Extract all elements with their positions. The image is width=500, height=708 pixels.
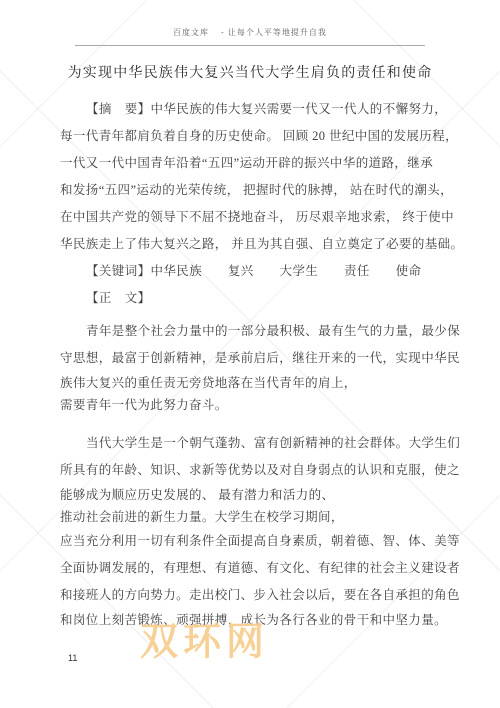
body-line: 一代又一代中国青年沿着“五四”运动开辟的振兴中华的道路，继承 <box>60 150 446 177</box>
body-line: 族伟大复兴的重任责无旁贷地落在当代青年的肩上， <box>60 372 446 394</box>
body-line: 在中国共产党的领导下不屈不挠地奋斗， 历尽艰辛地求索， 终于使中 <box>60 204 446 231</box>
body-line: 应当充分利用一切有利条件全面提高自身素质，朝着德、智、体、美等 <box>60 528 446 555</box>
page-title: 为实现中华民族伟大复兴当代大学生肩负的责任和使命 <box>0 62 500 82</box>
body-line: 需要青年一代为此努力奋斗。 <box>60 394 446 416</box>
document-header: 百度文库- 让每个人平等地提升自我 <box>0 27 500 38</box>
body-line: 华民族走上了伟大复兴之路， 并且为其自强、自立奠定了必要的基础。 <box>60 231 446 258</box>
header-divider <box>75 45 425 46</box>
site-name: 百度文库 <box>173 28 209 37</box>
body-line: 青年是整个社会力量中的一部分最积极、最有生气的力量，最少保 <box>60 318 446 345</box>
keywords-line: 【关键词】中华民族 复兴 大学生 责任 使命 <box>60 258 446 285</box>
body-line: 【摘 要】中华民族的伟大复兴需要一代又一代人的不懈努力， <box>60 96 446 123</box>
body-line: 守思想，最富于创新精神，是承前启后，继往开来的一代，实现中华民 <box>60 345 446 372</box>
site-logo-watermark: 双环网 <box>140 609 269 665</box>
body-line: 所具有的年龄、知识、求新等优势以及对自身弱点的认识和克服，使之 <box>60 457 446 484</box>
body-line: 全面协调发展的，有理想、有道德、有文化、有纪律的社会主义建设者 <box>60 555 446 582</box>
body-line: 每一代青年都肩负着自身的历史使命。 回顾 20 世纪中国的发展历程， <box>60 123 446 150</box>
body-line: 推动社会前进的新生力量。大学生在校学习期间， <box>60 506 446 528</box>
document-body: 【摘 要】中华民族的伟大复兴需要一代又一代人的不懈努力， 每一代青年都肩负着自身… <box>60 96 446 631</box>
main-text-label: 【正 文】 <box>60 285 446 312</box>
site-slogan: - 让每个人平等地提升自我 <box>221 28 327 37</box>
body-line: 能够成为顺应历史发展的、 最有潜力和活力的、 <box>60 484 446 506</box>
page-number: 11 <box>68 653 77 663</box>
body-line: 当代大学生是一个朝气蓬勃、富有创新精神的社会群体。大学生们 <box>60 430 446 457</box>
body-line: 和接班人的方向势力。走出校门、步入社会以后，要在各自承担的角色 <box>60 582 446 609</box>
body-line: 和发扬“五四”运动的光荣传统， 把握时代的脉搏， 站在时代的潮头， <box>60 177 446 204</box>
